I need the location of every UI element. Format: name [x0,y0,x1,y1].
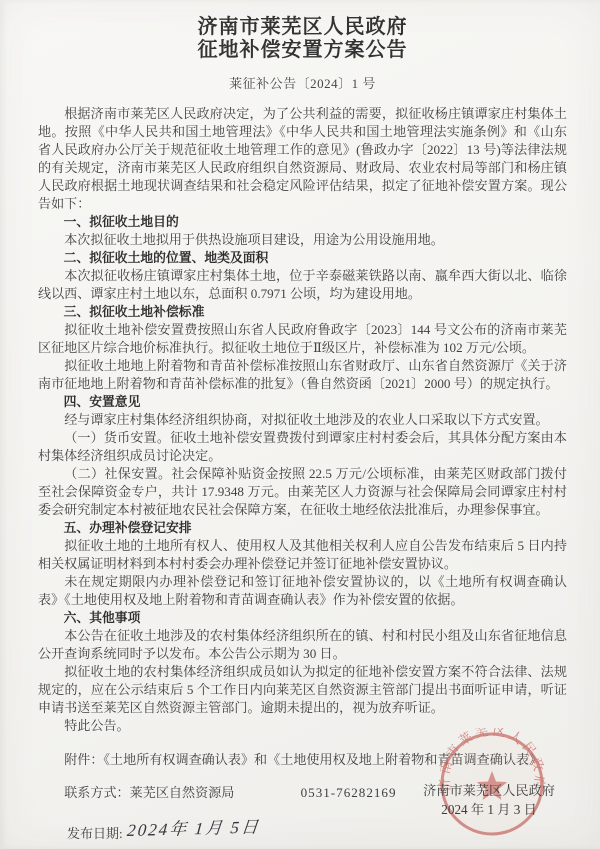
section-heading: 二、拟征收土地的位置、地类及面积 [38,249,567,267]
paragraph: 经与谭家庄村集体经济组织协商，对拟征收土地涉及的农业人口采取以下方式安置。 [38,411,567,429]
paragraph: 拟征收土地补偿安置费按照山东省人民政府鲁政字〔2023〕144 号文公布的济南市… [38,321,567,357]
paragraph: 未在规定期限内办理补偿登记和签订征地补偿安置协议的，以《土地所有权调查确认表》《… [38,573,567,609]
publish-date-line: 发布日期: 2024年 1月 5日 [67,818,258,843]
paragraph: 拟征收土地的农村集体经济组织成员如认为拟定的征地补偿安置方案不符合法律、法规规定… [38,663,567,717]
document-body: 根据济南市莱芜区人民政府决定，为了公共利益的需要，拟征收杨庄镇谭家庄村集体土地。… [38,105,567,735]
contact-label: 联系方式：莱芜区自然资源局 [64,785,234,800]
document-title-line2: 征地补偿安置方案公告 [38,39,567,62]
section-heading: 五、办理补偿登记安排 [38,519,567,537]
publish-date-handwritten: 2024年 1月 5日 [126,813,261,841]
section-heading: 四、安置意见 [38,393,567,411]
section-heading: 三、拟征收土地补偿标准 [38,303,567,321]
signature-org: 济南市莱芜区人民政府 [423,781,555,800]
announcement-page: 济南市莱芜区人民政府 征地补偿安置方案公告 莱征补公告〔2024〕1 号 根据济… [0,0,600,849]
signature-block: 济南市莱芜区人民政府 2024 年 1 月 3 日 [423,781,555,819]
document-title-line1: 济南市莱芜区人民政府 [38,16,567,39]
section-heading: 六、其他事项 [38,609,567,627]
document-content: 济南市莱芜区人民政府 征地补偿安置方案公告 莱征补公告〔2024〕1 号 根据济… [38,16,567,802]
paragraph: （二）社保安置。社会保障补贴资金按照 22.5 万元/公顷标准，由莱芜区财政部门… [38,465,567,519]
document-number: 莱征补公告〔2024〕1 号 [38,73,567,92]
paragraph: 本公告在征收土地涉及的农村集体经济组织所在的镇、村和村民小组及山东省征地信息公开… [38,627,567,663]
paragraph: （一）货币安置。征收土地补偿安置费拨付到谭家庄村村委会后，其具体分配方案由本村集… [38,429,567,465]
publish-date-label: 发布日期: [67,826,123,841]
contact-phone: 0531-76282169 [274,784,396,802]
section-heading: 一、拟征收土地目的 [38,213,567,231]
paragraph: 拟征收土地的土地所有权人、使用权人及其他相关权利人应自公告发布结束后 5 日内持… [38,537,567,573]
paragraph: 根据济南市莱芜区人民政府决定，为了公共利益的需要，拟征收杨庄镇谭家庄村集体土地。… [38,105,567,213]
paragraph: 本次拟征收土地拟用于供热设施项目建设，用途为公用设施用地。 [38,231,567,249]
paragraph: 拟征收土地地上附着物和青苗补偿标准按照山东省财政厅、山东省自然资源厅《关于济南市… [38,357,567,393]
signature-date: 2024 年 1 月 3 日 [423,800,555,819]
paragraph: 本次拟征收杨庄镇谭家庄村集体土地，位于辛泰磁莱铁路以南、嬴牟西大街以北、临徐线以… [38,267,567,303]
